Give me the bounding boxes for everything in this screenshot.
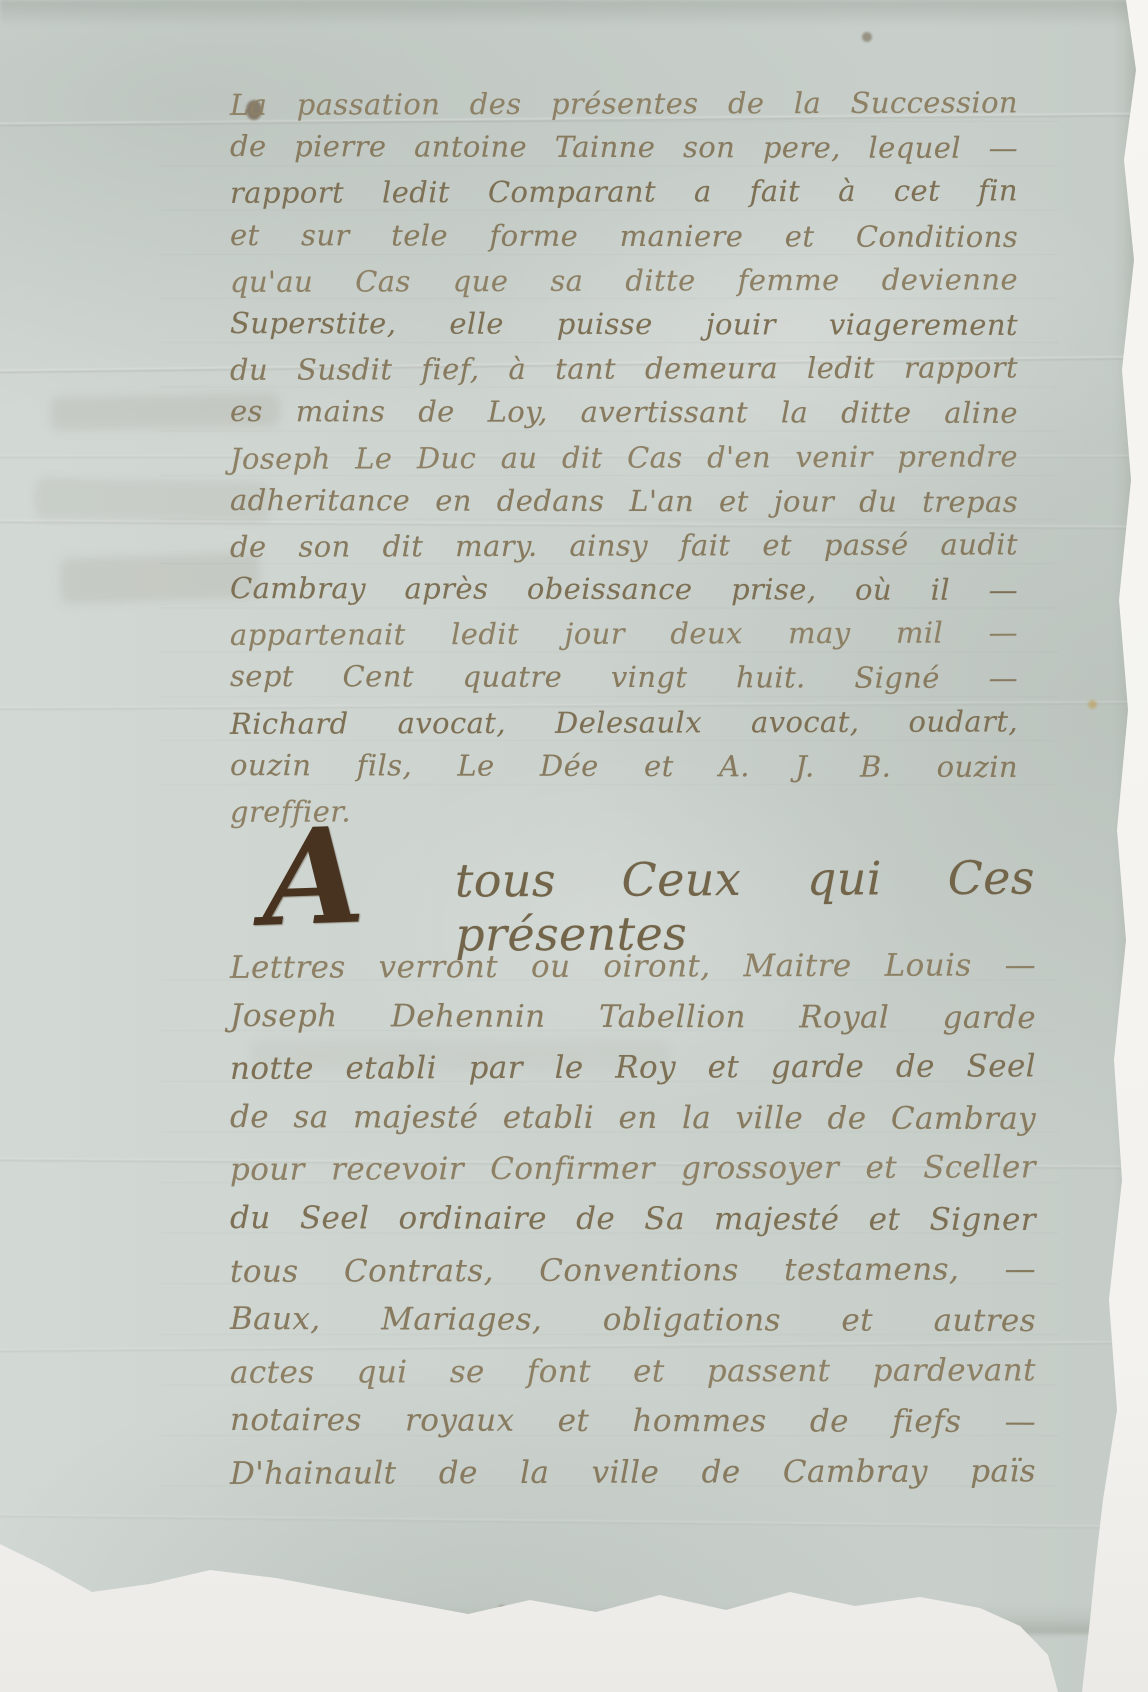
manuscript-line: Superstite, elle puisse jouir viageremen… — [230, 306, 1018, 352]
scanner-background: La passation des présentes de la Success… — [0, 0, 1148, 1692]
manuscript-line: rapport ledit Comparant a fait à cet fin — [230, 174, 1018, 221]
manuscript-line: qu'au Cas que sa ditte femme devienne — [230, 262, 1018, 309]
manuscript-line: Joseph Dehennin Tabellion Royal garde — [230, 998, 1036, 1051]
foxing-spot — [1088, 700, 1097, 709]
drop-cap-initial: A — [260, 810, 367, 945]
paragraph-opening-act: La passation des présentes de la Success… — [230, 86, 1018, 837]
manuscript-line: du Susdit fief, à tant demeura ledit rap… — [230, 350, 1018, 397]
manuscript-line: et sur tele forme maniere et Conditions — [230, 218, 1018, 264]
manuscript-line: La passation des présentes de la Success… — [230, 85, 1018, 132]
manuscript-line: notaires royaux et hommes de fiefs — — [230, 1402, 1036, 1455]
paper-right-torn-edge — [1114, 0, 1140, 1632]
ink-blot — [862, 32, 872, 42]
manuscript-line: Lettres verront ou oiront, Maitre Louis … — [230, 947, 1036, 1000]
paper-bottom-torn-edge — [0, 1604, 1108, 1634]
manuscript-line: sept Cent quatre vingt huit. Signé — — [230, 659, 1018, 705]
manuscript-page: La passation des présentes de la Success… — [0, 0, 1148, 1692]
manuscript-line: de pierre antoine Tainne son pere, leque… — [230, 129, 1018, 175]
manuscript-line: de son dit mary. ainsy fait et passé aud… — [230, 527, 1018, 574]
fold-crease — [0, 1514, 1148, 1529]
manuscript-line: du Seel ordinaire de Sa majesté et Signe… — [230, 1200, 1036, 1253]
manuscript-line: es mains de Loy, avertissant la ditte al… — [230, 394, 1018, 440]
manuscript-line: actes qui se font et passent pardevant — [230, 1352, 1036, 1405]
manuscript-line: de sa majesté etabli en la ville de Camb… — [230, 1099, 1036, 1152]
manuscript-line: Cambray après obeissance prise, où il — — [230, 571, 1018, 617]
manuscript-line: Richard avocat, Delesaulx avocat, oudart… — [230, 704, 1018, 751]
manuscript-line: D'hainault de la ville de Cambray païs — [230, 1453, 1036, 1506]
paper-top-edge-shadow — [0, 0, 1148, 26]
manuscript-line: appartenait ledit jour deux may mil — — [230, 616, 1018, 663]
paragraph-royal-notice: Lettres verront ou oiront, Maitre Louis … — [230, 948, 1036, 1505]
manuscript-line: ouzin fils, Le Dée et A. J. B. ouzin — [230, 748, 1018, 794]
manuscript-line: adheritance en dedans L'an et jour du tr… — [230, 483, 1018, 529]
royal-notice-first-line: tous Ceux qui Ces présentes — [455, 850, 1036, 961]
manuscript-line: tous Contrats, Conventions testamens, — — [230, 1251, 1036, 1304]
manuscript-line: Baux, Mariages, obligations et autres — [230, 1301, 1036, 1354]
manuscript-line: Joseph Le Duc au dit Cas d'en venir pren… — [230, 439, 1018, 486]
foxing-spot — [498, 1605, 506, 1613]
manuscript-line: notte etabli par le Roy et garde de Seel — [230, 1049, 1036, 1102]
manuscript-line: pour recevoir Confirmer grossoyer et Sce… — [230, 1150, 1036, 1203]
